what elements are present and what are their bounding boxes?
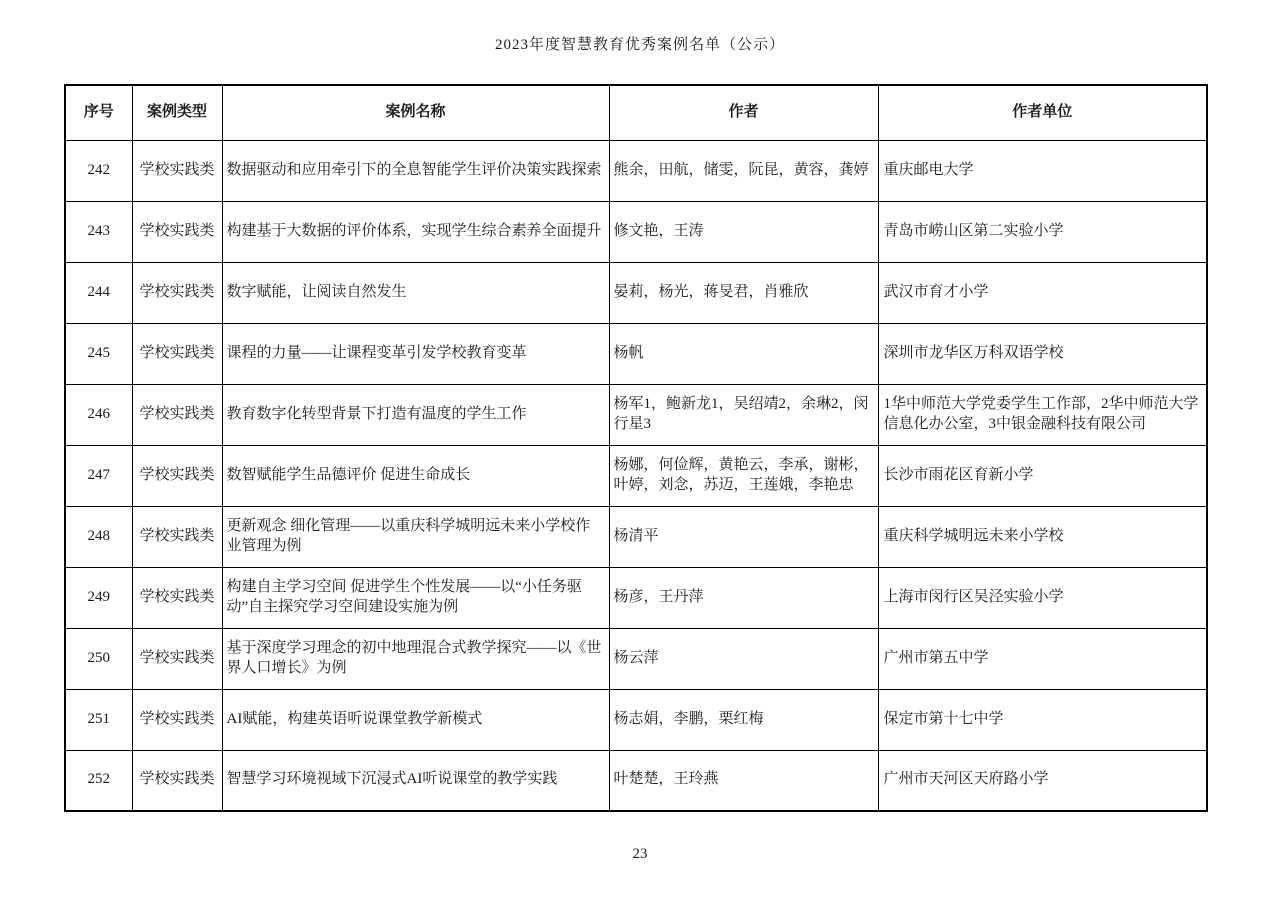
table-row: 246 学校实践类 教育数字化转型背景下打造有温度的学生工作 杨军1，鲍新龙1，… (65, 384, 1207, 445)
cell-unit: 保定市第十七中学 (878, 689, 1207, 750)
cell-unit: 长沙市雨花区育新小学 (878, 445, 1207, 506)
cell-name: 教育数字化转型背景下打造有温度的学生工作 (222, 384, 609, 445)
header-row: 序号 案例类型 案例名称 作者 作者单位 (65, 85, 1207, 140)
cell-authors: 杨娜，何俭辉，黄艳云，李承，谢彬，叶婷，刘念，苏迈，王莲娥，李艳忠 (609, 445, 878, 506)
cell-authors: 杨云萍 (609, 628, 878, 689)
cell-no: 247 (65, 445, 132, 506)
cell-no: 245 (65, 323, 132, 384)
col-header-name: 案例名称 (222, 85, 609, 140)
col-header-no: 序号 (65, 85, 132, 140)
cell-type: 学校实践类 (132, 628, 222, 689)
cell-type: 学校实践类 (132, 506, 222, 567)
cell-unit: 重庆邮电大学 (878, 140, 1207, 201)
cell-unit: 深圳市龙华区万科双语学校 (878, 323, 1207, 384)
cell-authors: 杨彦，王丹萍 (609, 567, 878, 628)
cell-no: 249 (65, 567, 132, 628)
cell-unit: 广州市天河区天府路小学 (878, 750, 1207, 811)
cell-authors: 修文艳，王涛 (609, 201, 878, 262)
cell-type: 学校实践类 (132, 689, 222, 750)
cell-name: 智慧学习环境视域下沉浸式AI听说课堂的教学实践 (222, 750, 609, 811)
cell-name: 构建基于大数据的评价体系，实现学生综合素养全面提升 (222, 201, 609, 262)
cell-name: 更新观念 细化管理——以重庆科学城明远未来小学校作业管理为例 (222, 506, 609, 567)
cell-type: 学校实践类 (132, 201, 222, 262)
table-row: 247 学校实践类 数智赋能学生品德评价 促进生命成长 杨娜，何俭辉，黄艳云，李… (65, 445, 1207, 506)
cell-unit: 上海市闵行区吴泾实验小学 (878, 567, 1207, 628)
table-row: 242 学校实践类 数据驱动和应用牵引下的全息智能学生评价决策实践探索 熊余，田… (65, 140, 1207, 201)
cell-type: 学校实践类 (132, 140, 222, 201)
document-title: 2023年度智慧教育优秀案例名单（公示） (0, 33, 1280, 54)
case-table: 序号 案例类型 案例名称 作者 作者单位 242 学校实践类 数据驱动和应用牵引… (64, 84, 1208, 812)
table-row: 250 学校实践类 基于深度学习理念的初中地理混合式教学探究——以《世界人口增长… (65, 628, 1207, 689)
cell-type: 学校实践类 (132, 323, 222, 384)
table-row: 245 学校实践类 课程的力量——让课程变革引发学校教育变革 杨帆 深圳市龙华区… (65, 323, 1207, 384)
cell-no: 246 (65, 384, 132, 445)
cell-type: 学校实践类 (132, 567, 222, 628)
cell-unit: 重庆科学城明远未来小学校 (878, 506, 1207, 567)
cell-name: 数智赋能学生品德评价 促进生命成长 (222, 445, 609, 506)
col-header-type: 案例类型 (132, 85, 222, 140)
page-number: 23 (0, 846, 1280, 863)
cell-type: 学校实践类 (132, 750, 222, 811)
cell-unit: 广州市第五中学 (878, 628, 1207, 689)
table-row: 248 学校实践类 更新观念 细化管理——以重庆科学城明远未来小学校作业管理为例… (65, 506, 1207, 567)
cell-no: 244 (65, 262, 132, 323)
table-row: 244 学校实践类 数字赋能，让阅读自然发生 晏莉，杨光，蒋旻君，肖雅欣 武汉市… (65, 262, 1207, 323)
cell-authors: 杨军1，鲍新龙1，吴绍靖2，余琳2，闵行星3 (609, 384, 878, 445)
cell-no: 243 (65, 201, 132, 262)
cell-unit: 1华中师范大学党委学生工作部，2华中师范大学信息化办公室，3中银金融科技有限公司 (878, 384, 1207, 445)
cell-type: 学校实践类 (132, 384, 222, 445)
cell-name: AI赋能，构建英语听说课堂教学新模式 (222, 689, 609, 750)
cell-name: 数据驱动和应用牵引下的全息智能学生评价决策实践探索 (222, 140, 609, 201)
cell-unit: 青岛市崂山区第二实验小学 (878, 201, 1207, 262)
cell-authors: 杨志娟，李鹏，栗红梅 (609, 689, 878, 750)
cell-no: 242 (65, 140, 132, 201)
cell-name: 构建自主学习空间 促进学生个性发展——以“小任务驱动”自主探究学习空间建设实施为… (222, 567, 609, 628)
cell-type: 学校实践类 (132, 445, 222, 506)
cell-name: 课程的力量——让课程变革引发学校教育变革 (222, 323, 609, 384)
cell-type: 学校实践类 (132, 262, 222, 323)
col-header-authors: 作者 (609, 85, 878, 140)
table-row: 243 学校实践类 构建基于大数据的评价体系，实现学生综合素养全面提升 修文艳，… (65, 201, 1207, 262)
cell-authors: 晏莉，杨光，蒋旻君，肖雅欣 (609, 262, 878, 323)
cell-no: 251 (65, 689, 132, 750)
cell-unit: 武汉市育才小学 (878, 262, 1207, 323)
cell-name: 数字赋能，让阅读自然发生 (222, 262, 609, 323)
table-row: 251 学校实践类 AI赋能，构建英语听说课堂教学新模式 杨志娟，李鹏，栗红梅 … (65, 689, 1207, 750)
document-page: 2023年度智慧教育优秀案例名单（公示） 序号 案例类型 案例名称 作者 作者单… (0, 0, 1280, 905)
cell-authors: 叶楚楚，王玲燕 (609, 750, 878, 811)
cell-no: 250 (65, 628, 132, 689)
cell-name: 基于深度学习理念的初中地理混合式教学探究——以《世界人口增长》为例 (222, 628, 609, 689)
cell-authors: 杨清平 (609, 506, 878, 567)
cell-authors: 熊余，田航，储雯，阮昆，黄容，龚婷 (609, 140, 878, 201)
col-header-unit: 作者单位 (878, 85, 1207, 140)
cell-no: 252 (65, 750, 132, 811)
cell-no: 248 (65, 506, 132, 567)
table-row: 249 学校实践类 构建自主学习空间 促进学生个性发展——以“小任务驱动”自主探… (65, 567, 1207, 628)
cell-authors: 杨帆 (609, 323, 878, 384)
table-row: 252 学校实践类 智慧学习环境视域下沉浸式AI听说课堂的教学实践 叶楚楚，王玲… (65, 750, 1207, 811)
